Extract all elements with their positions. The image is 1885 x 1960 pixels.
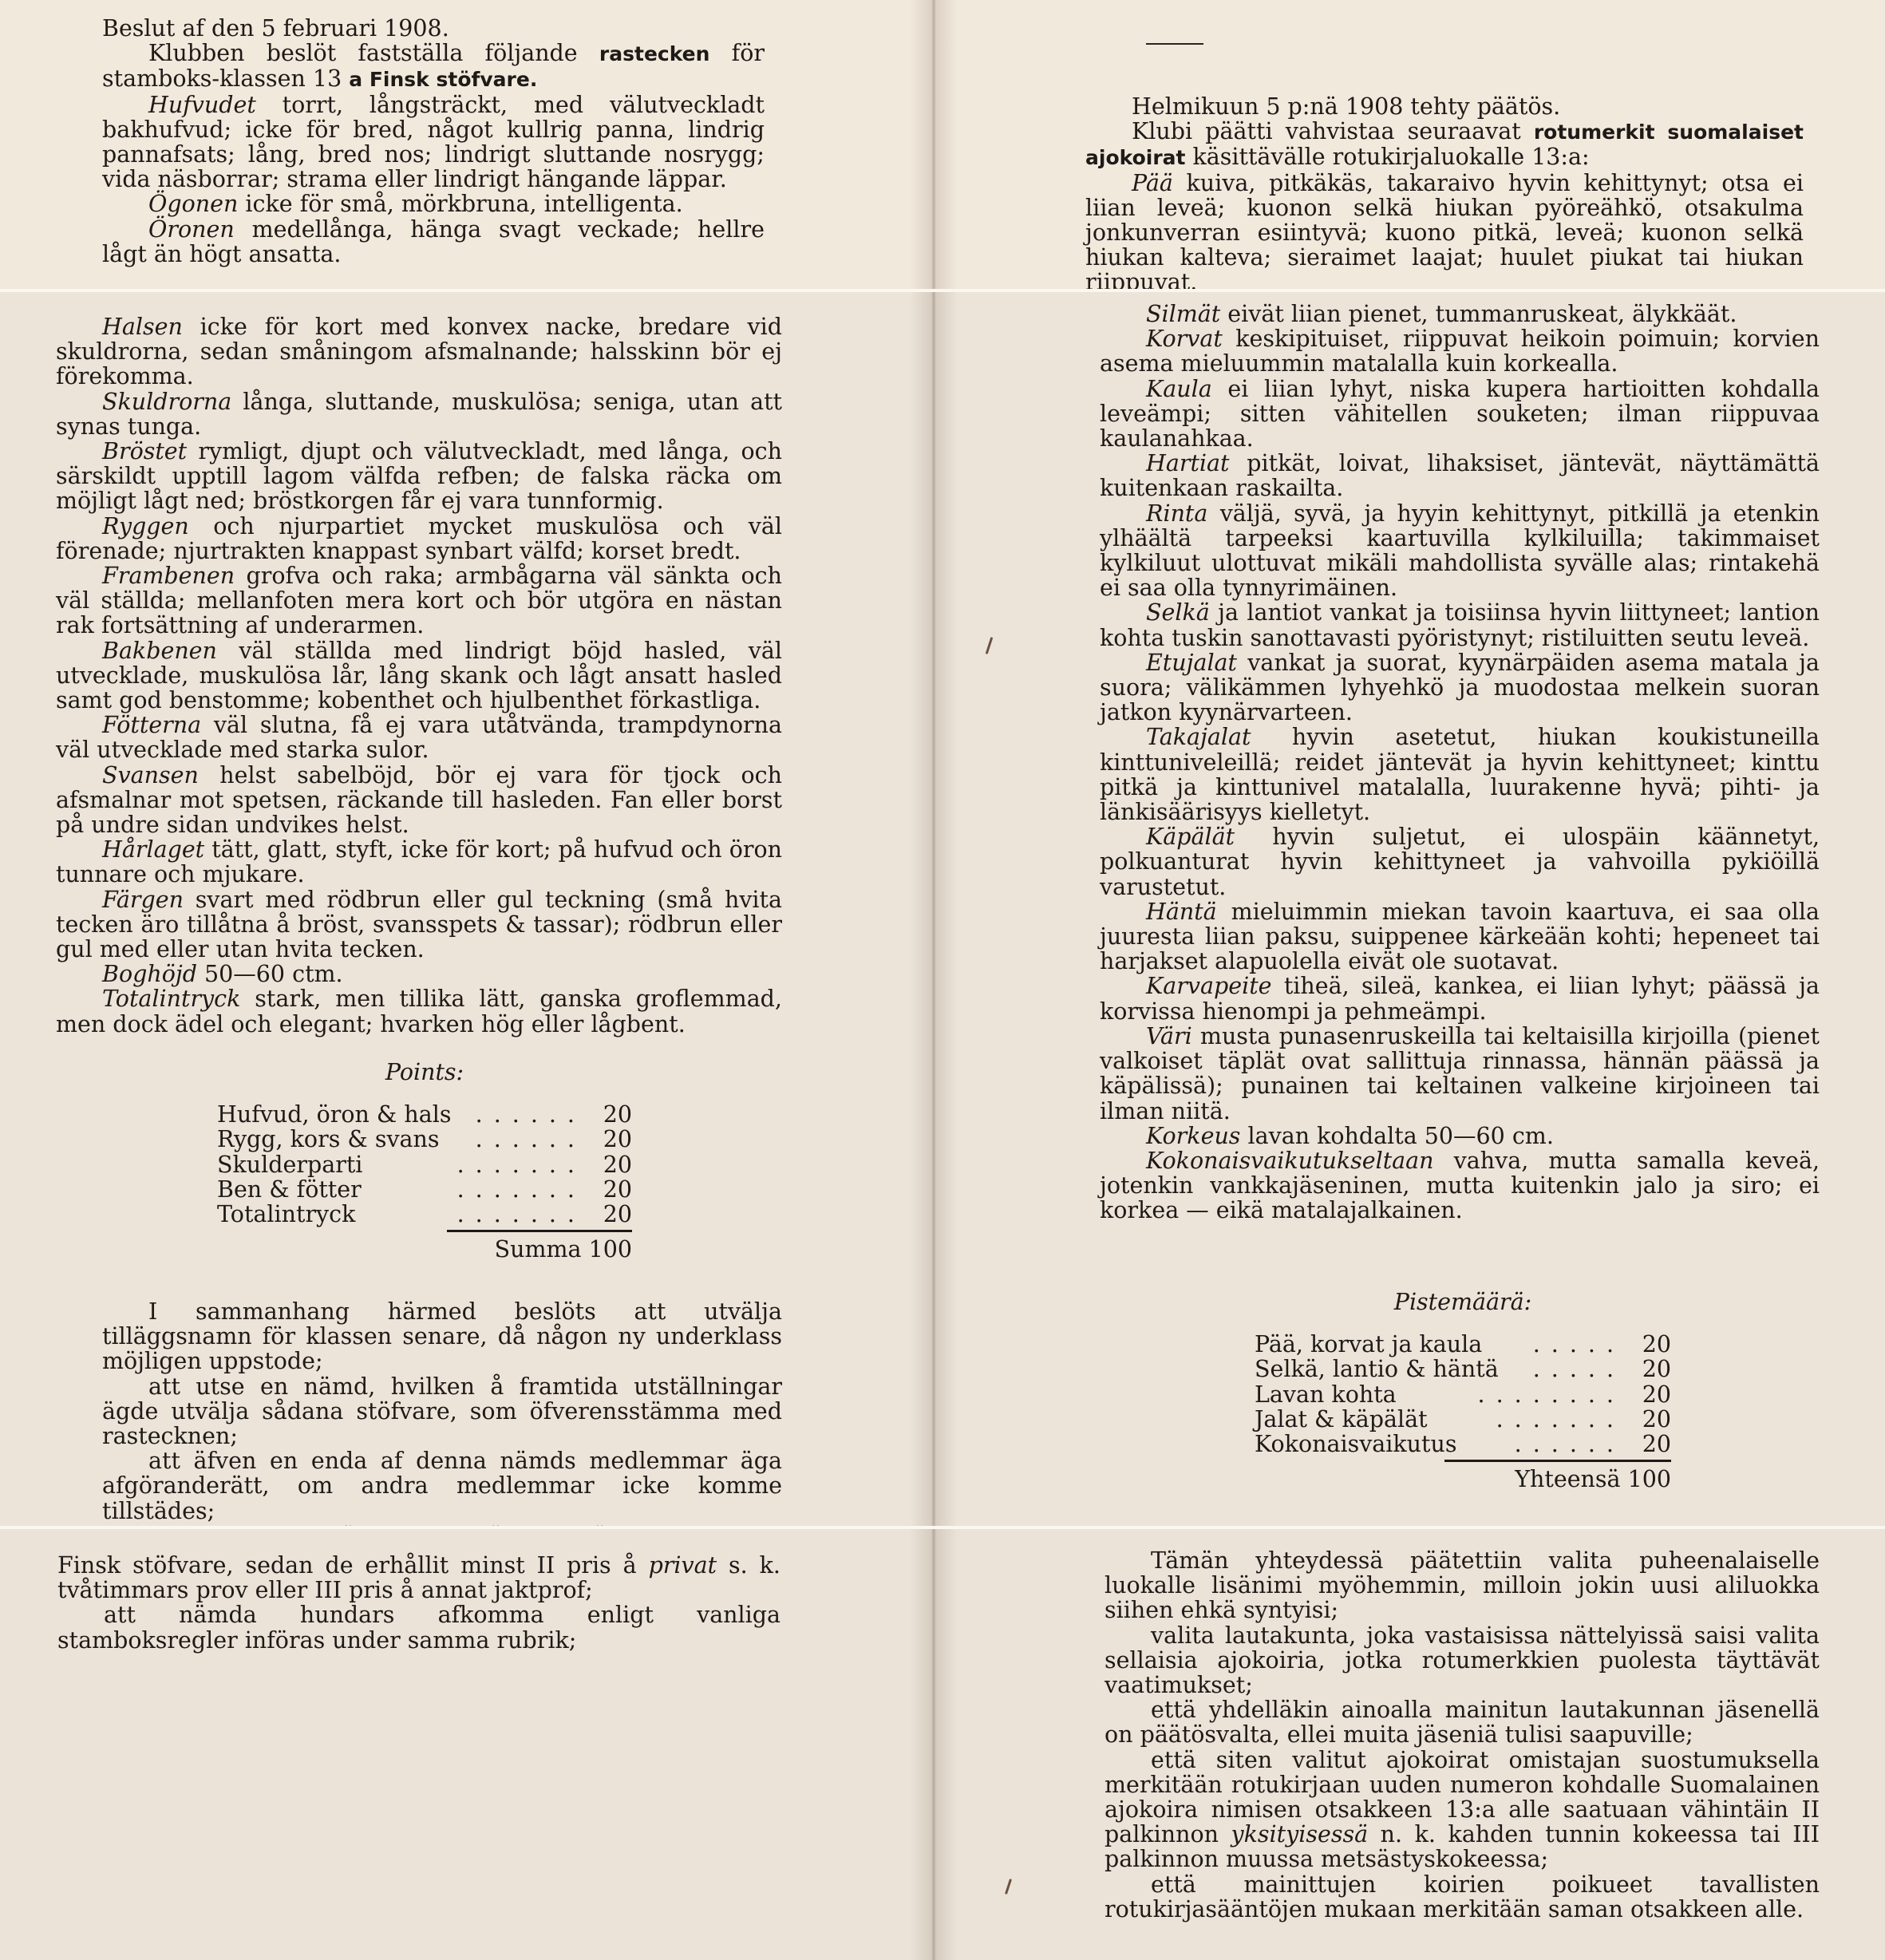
book-gutter [910, 0, 958, 289]
standard-paragraph: Kaula ei liian lyhyt, niska kupera harti… [1100, 377, 1820, 452]
resolution-paragraph: valita lautakunta, joka vastaisissa nätt… [1105, 1623, 1820, 1698]
points-sum: Summa 100 [217, 1237, 632, 1262]
points-row: Skulderparti.......20 [217, 1152, 632, 1177]
standard-paragraph: Frambenen grofva och raka; armbågarna vä… [56, 563, 782, 638]
standard-paragraph: Bakbenen väl ställda med lindrigt böjd h… [56, 638, 782, 713]
standard-paragraph: Hårlaget tätt, glatt, styft, icke för ko… [56, 837, 782, 887]
standard-paragraph: Totalintryck stark, men tillika lätt, ga… [56, 986, 782, 1036]
pencil-mark [986, 637, 994, 654]
standard-paragraph: Öronen medellånga, hänga svagt veckade; … [102, 217, 765, 267]
decision-intro-sv: Klubben beslöt fastställa följande raste… [102, 41, 765, 92]
points-row: Hufvud, öron & hals......20 [217, 1102, 632, 1127]
points-title: Points: [217, 1060, 632, 1085]
left-continuation: Finsk stöfvare, sedan de erhållit minst … [57, 1553, 780, 1653]
standard-paragraph: Takajalat hyvin asetetut, hiukan koukist… [1100, 725, 1820, 824]
standard-paragraph: Ryggen och njurpartiet mycket muskulösa … [56, 514, 782, 563]
standard-paragraph: Korkeus lavan kohdalta 50—60 cm. [1100, 1124, 1820, 1148]
decision-intro-fi: Klubi päätti vahvistaa seuraavat rotumer… [1085, 119, 1804, 170]
standard-paragraph: Rinta väljä, syvä, ja hyyin kehittynyt, … [1100, 501, 1820, 601]
left-top-text: Beslut af den 5 februari 1908. Klubben b… [102, 16, 765, 267]
bold-term: rastecken [599, 42, 710, 65]
points-title: Pistemäärä: [1255, 1290, 1671, 1314]
sum-rule [1444, 1460, 1671, 1462]
standard-paragraph: Fötterna väl slutna, få ej vara utåtvänd… [56, 713, 782, 762]
standard-paragraph: Ögonen icke för små, mörkbruna, intellig… [102, 192, 765, 216]
book-gutter [910, 1529, 958, 1960]
points-sum: Yhteensä 100 [1255, 1467, 1671, 1492]
standard-paragraph: Pää kuiva, pitkäkäs, takaraivo hyvin keh… [1085, 171, 1804, 289]
scan-strip-middle: Halsen icke för kort med konvex nacke, b… [0, 292, 1885, 1526]
standard-paragraph: Halsen icke för kort med konvex nacke, b… [56, 314, 782, 389]
right-resolutions: Tämän yhteydessä päätettiin valita puhee… [1105, 1548, 1820, 1922]
resolution-paragraph: att äfven en enda af denna nämds medlemm… [102, 1448, 782, 1523]
section-divider [1146, 43, 1203, 45]
standard-paragraph: Kokonaisvaikutukseltaan vahva, mutta sam… [1100, 1148, 1820, 1223]
points-row: Ben & fötter.......20 [217, 1177, 632, 1202]
points-table-fi: Pistemäärä: Pää, korvat ja kaula.....20 … [1255, 1290, 1671, 1492]
points-row: Pää, korvat ja kaula.....20 [1255, 1332, 1671, 1357]
points-row: Totalintryck.......20 [217, 1202, 632, 1227]
resolution-paragraph: että mainittujen koirien poikueet tavall… [1105, 1872, 1820, 1922]
scan-strip-bottom: Finsk stöfvare, sedan de erhållit minst … [0, 1529, 1885, 1960]
decision-heading-sv: Beslut af den 5 februari 1908. [102, 16, 765, 41]
points-row: Lavan kohta........20 [1255, 1382, 1671, 1407]
standard-paragraph: Korvat keskipituiset, riippuvat heikoin … [1100, 326, 1820, 376]
standard-paragraph: Karvapeite tiheä, sileä, kankea, ei liia… [1100, 974, 1820, 1023]
standard-paragraph: Hartiat pitkät, loivat, lihaksiset, jänt… [1100, 451, 1820, 500]
decision-heading-fi: Helmikuun 5 p:nä 1908 tehty päätös. [1085, 94, 1804, 119]
points-table-sv: Points: Hufvud, öron & hals......20 Rygg… [217, 1060, 632, 1262]
points-row: Jalat & käpälät.......20 [1255, 1407, 1671, 1432]
standard-paragraph: Hufvudet torrt, långsträckt, med välutve… [102, 93, 765, 192]
resolution-paragraph: että siten valitut ajokoirat omistajan s… [1105, 1748, 1820, 1872]
standard-paragraph: Silmät eivät liian pienet, tummanruskeat… [1100, 302, 1820, 326]
resolution-paragraph: että yhdelläkin ainoalla mainitun lautak… [1105, 1697, 1820, 1747]
right-top-text: Helmikuun 5 p:nä 1908 tehty päätös. Klub… [1085, 94, 1804, 289]
standard-paragraph: Bröstet rymligt, djupt och välutveckladt… [56, 439, 782, 514]
standard-paragraph: Käpälät hyvin suljetut, ei ulospäin kään… [1100, 824, 1820, 899]
points-row: Kokonaisvaikutus......20 [1255, 1432, 1671, 1456]
breed-name-sv: a Finsk stöfvare. [349, 68, 537, 91]
resolution-continuation: Finsk stöfvare, sedan de erhållit minst … [57, 1553, 780, 1602]
standard-paragraph: Selkä ja lantiot vankat ja toisiinsa hyv… [1100, 600, 1820, 650]
resolution-paragraph: I sammanhang härmed beslöts att utvälja … [102, 1299, 782, 1374]
standard-paragraph: Färgen svart med rödbrun eller gul teckn… [56, 887, 782, 962]
scan-strip-top: Beslut af den 5 februari 1908. Klubben b… [0, 0, 1885, 289]
points-row: Rygg, kors & svans......20 [217, 1127, 632, 1152]
standard-paragraph: Etujalat vankat ja suorat, kyynärpäiden … [1100, 650, 1820, 725]
resolution-paragraph: att nämda hundars afkomma enligt vanliga… [57, 1602, 780, 1652]
resolution-paragraph: Tämän yhteydessä päätettiin valita puhee… [1105, 1548, 1820, 1623]
book-gutter [910, 292, 958, 1526]
standard-paragraph: Skuldrorna långa, sluttande, muskulösa; … [56, 389, 782, 439]
standard-paragraph: Häntä mieluimmin miekan tavoin kaartuva,… [1100, 899, 1820, 974]
standard-paragraph: Boghöjd 50—60 ctm. [56, 962, 782, 986]
pencil-mark [1005, 1879, 1012, 1895]
left-resolutions: I sammanhang härmed beslöts att utvälja … [102, 1299, 782, 1526]
points-row: Selkä, lantio & häntä.....20 [1255, 1357, 1671, 1381]
standard-paragraph: Svansen helst sabelböjd, bör ej vara för… [56, 763, 782, 838]
standard-paragraph: Väri musta punasenruskeilla tai keltaisi… [1100, 1024, 1820, 1124]
sum-rule [447, 1230, 632, 1232]
right-standard-text: Silmät eivät liian pienet, tummanruskeat… [1100, 302, 1820, 1223]
left-standard-text: Halsen icke för kort med konvex nacke, b… [56, 314, 782, 1037]
resolution-paragraph: att utse en nämd, hvilken å framtida uts… [102, 1374, 782, 1449]
